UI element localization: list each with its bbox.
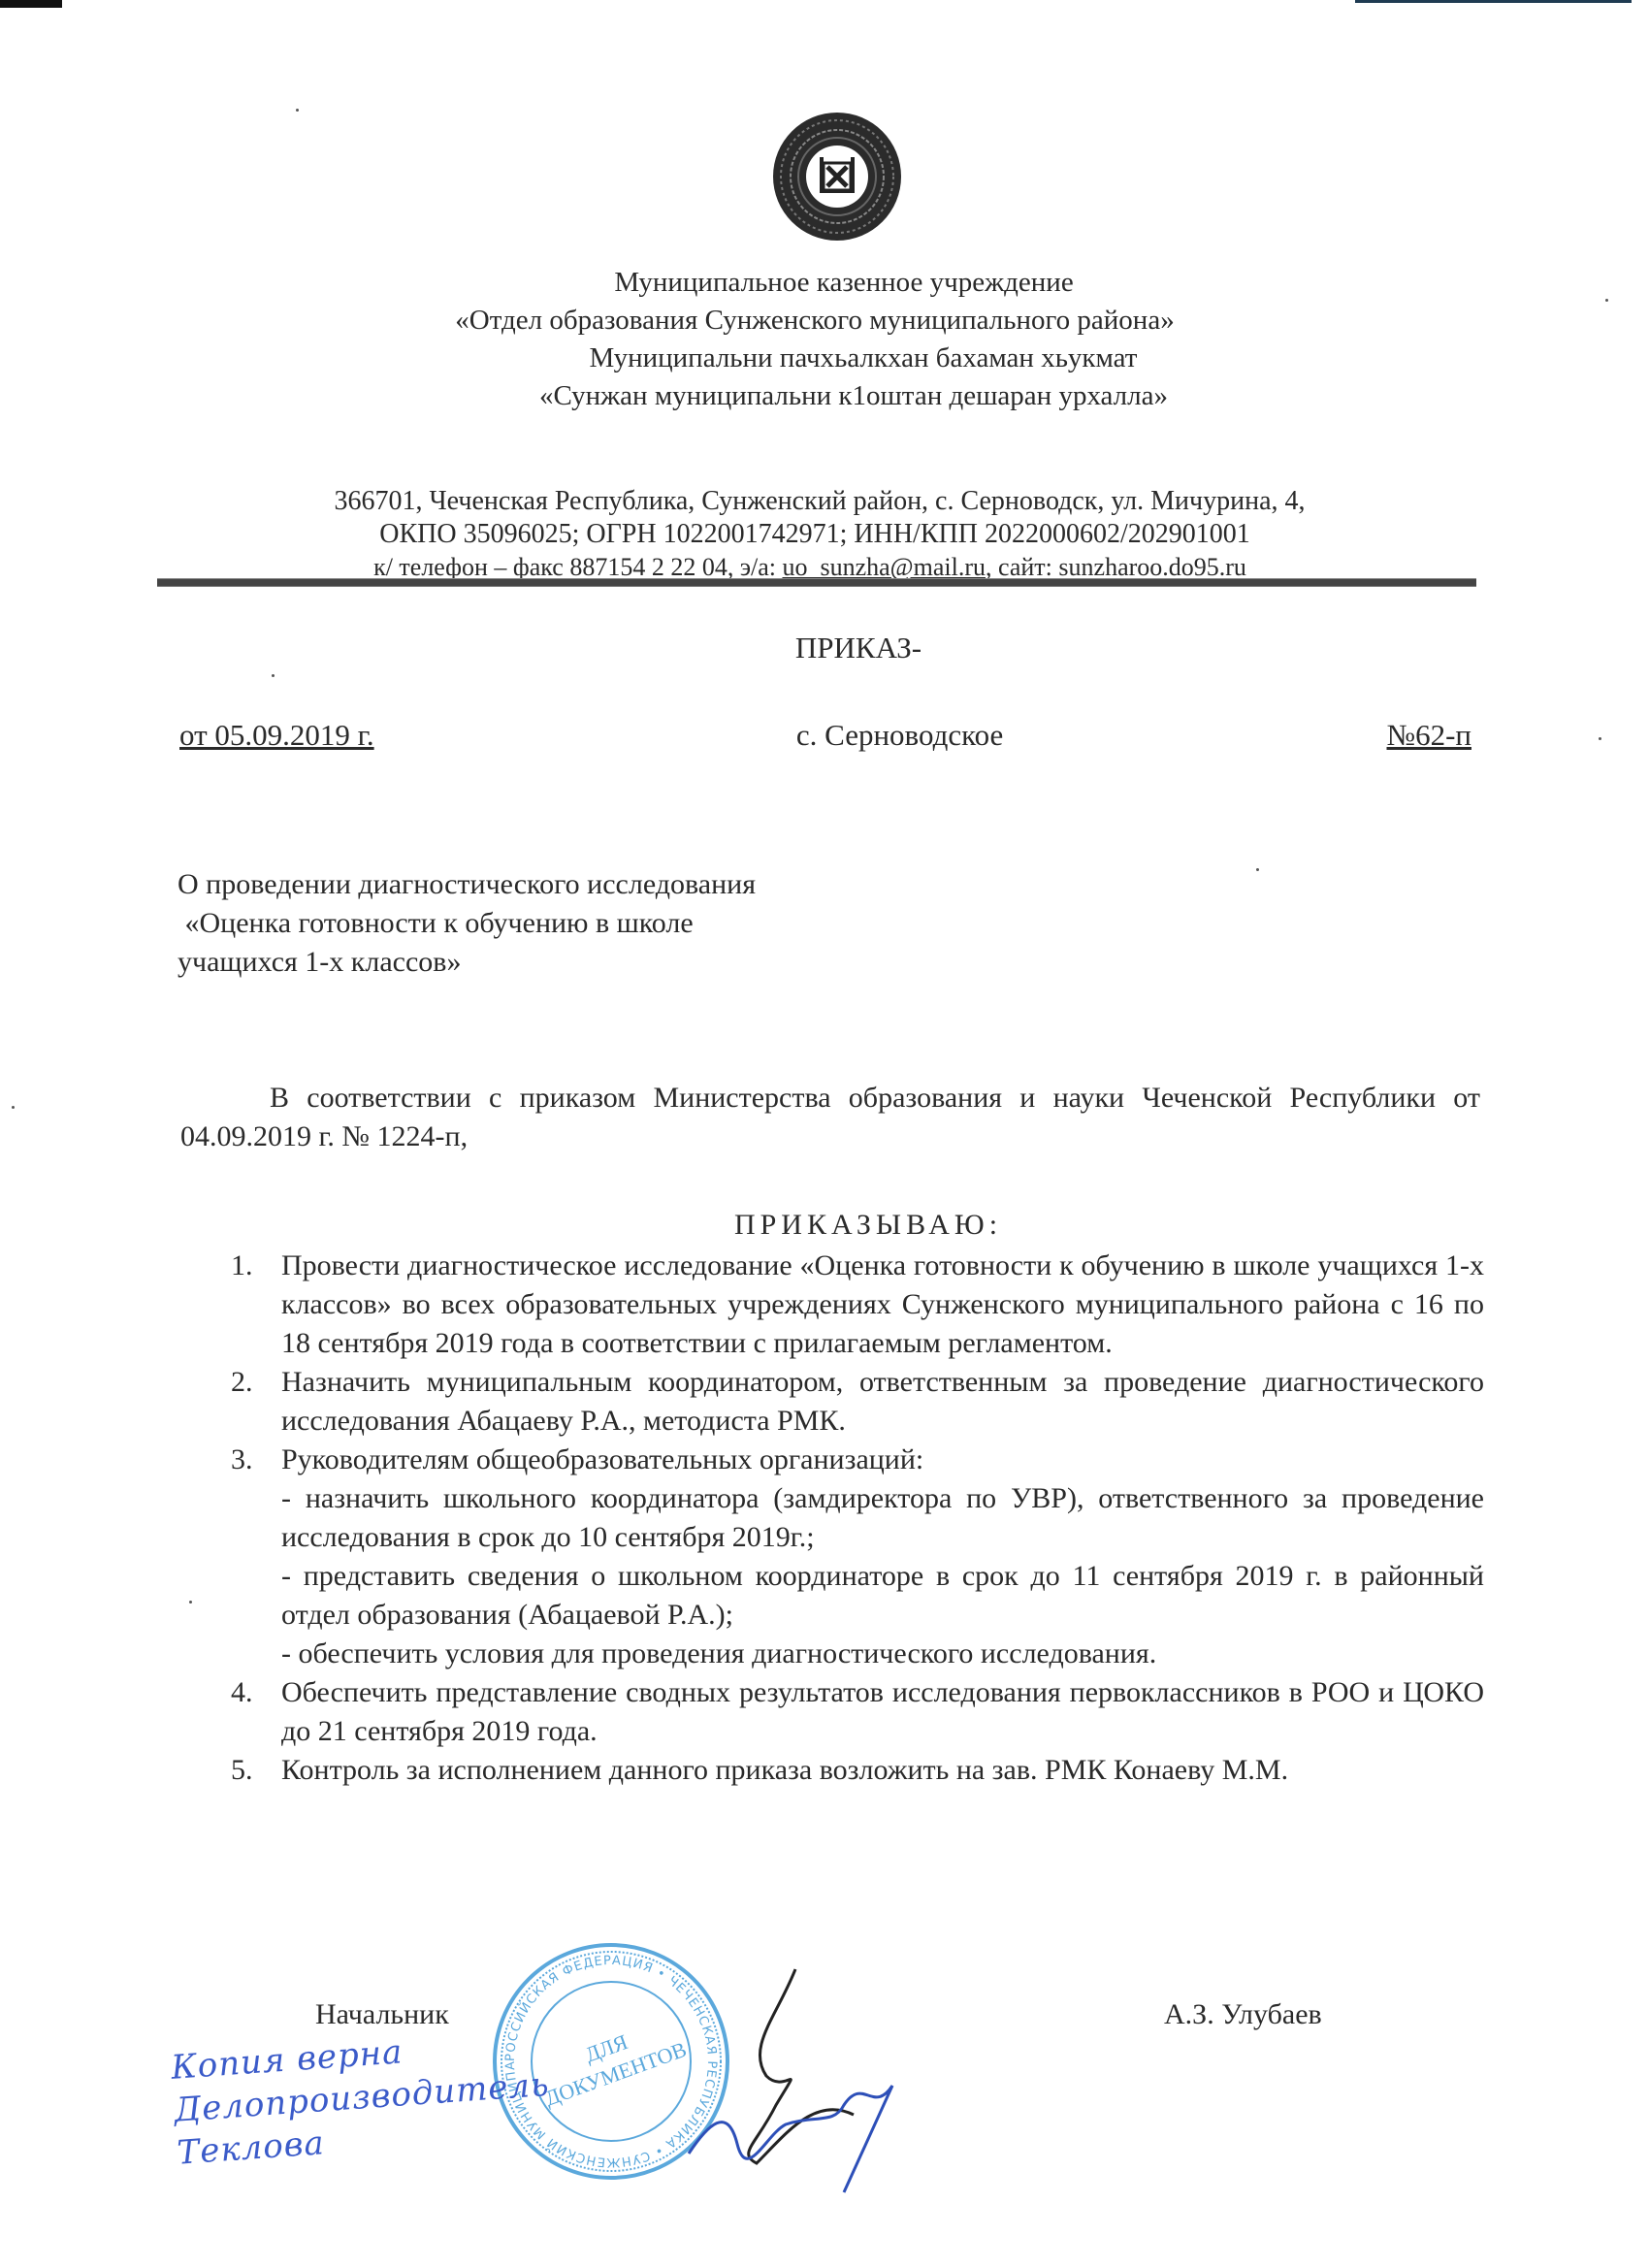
item-number: 2. (231, 1363, 253, 1402)
signatory-name: А.З. Улубаев (1164, 1998, 1322, 2031)
order-place: с. Серноводское (796, 718, 1003, 753)
order-subject: О проведении диагностического исследован… (178, 865, 756, 982)
contact-block: 366701, Чеченская Республика, Сунженский… (155, 485, 1484, 584)
item-text: Обеспечить представление сводных результ… (281, 1676, 1484, 1747)
subject-line: учащихся 1-х классов» (178, 943, 756, 982)
order-item: 1. Провести диагностическое исследование… (204, 1247, 1484, 1363)
letterhead: Муниципальное казенное учреждение «Отдел… (0, 264, 1649, 415)
item-number: 5. (231, 1751, 253, 1790)
org-name-ce-line2: «Сунжан муниципальни к1оштан дешаран урх… (58, 377, 1649, 415)
subject-line: «Оценка готовности к обучению в школе (178, 904, 756, 943)
order-item: 5. Контроль за исполнением данного прика… (204, 1751, 1484, 1790)
item-text: Провести диагностическое исследование «О… (281, 1249, 1484, 1359)
subject-line: О проведении диагностического исследован… (178, 865, 756, 904)
document-title: ПРИКАЗ- (0, 631, 1649, 665)
scan-edge-mark (0, 0, 62, 8)
phone-text: к/ телефон – факс 887154 2 22 04, э/а: (373, 553, 782, 581)
order-meta-row: от 05.09.2019 г. с. Серноводское №62-п (179, 718, 1471, 753)
item-text: Руководителям общеобразовательных органи… (281, 1443, 923, 1475)
letterhead-divider (157, 578, 1476, 587)
order-item: 4. Обеспечить представление сводных резу… (204, 1673, 1484, 1751)
order-number: №62-п (1387, 718, 1472, 753)
coat-of-arms-emblem-icon (769, 109, 905, 244)
order-date: от 05.09.2019 г. (179, 718, 374, 753)
site-link[interactable]: sunzharoo.do95.ru (1058, 553, 1246, 581)
scan-edge-mark (1355, 0, 1632, 3)
order-items-list: 1. Провести диагностическое исследование… (204, 1247, 1484, 1790)
item-text: Назначить муниципальным координатором, о… (281, 1366, 1484, 1437)
org-name-ru-line2: «Отдел образования Сунженского муниципал… (0, 302, 1649, 340)
item-text: Контроль за исполнением данного приказа … (281, 1754, 1288, 1786)
order-item: 3. Руководителям общеобразовательных орг… (204, 1441, 1484, 1673)
handwritten-copy-certification: Копия верна Делопроизводитель Теклова (170, 2021, 554, 2175)
orders-heading: ПРИКАЗЫВАЮ: (0, 1209, 1649, 1242)
site-label: , сайт: (986, 553, 1058, 581)
sub-item: - обеспечить условия для проведения диаг… (281, 1635, 1484, 1673)
email-link[interactable]: uo_sunzha@mail.ru (782, 553, 986, 581)
address-line: 366701, Чеченская Республика, Сунженский… (155, 485, 1484, 518)
sub-item: - представить сведения о школьном коорди… (281, 1557, 1484, 1635)
signatory-title: Начальник (315, 1998, 449, 2031)
order-item: 2. Назначить муниципальным координатором… (204, 1363, 1484, 1441)
item-number: 3. (231, 1441, 253, 1479)
registration-codes: ОКПО 35096025; ОГРН 1022001742971; ИНН/К… (145, 518, 1484, 551)
item-number: 4. (231, 1673, 253, 1712)
preamble-paragraph: В соответствии с приказом Министерства о… (180, 1079, 1480, 1156)
org-name-ru-line1: Муниципальное казенное учреждение (39, 264, 1649, 302)
org-name-ce-line1: Муниципальни пачхьалкхан бахаман хьукмат (78, 340, 1649, 377)
sub-item: - назначить школьного координатора (замд… (281, 1479, 1484, 1557)
item-number: 1. (231, 1247, 253, 1285)
signature-scribble-icon (630, 1960, 921, 2212)
